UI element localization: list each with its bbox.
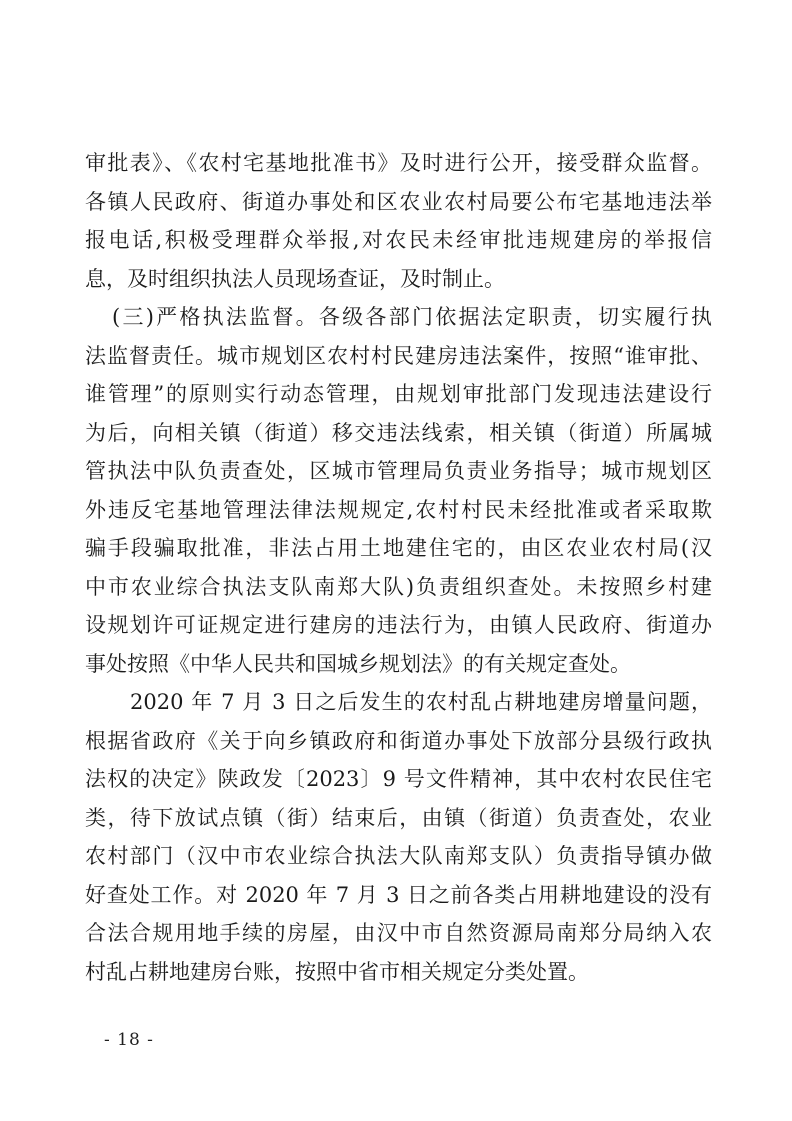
text-line: 息，及时组织执法人员现场查证，及时制止。 [85, 260, 712, 299]
text-line: 骗手段骗取批准，非法占用土地建住宅的，由区农业农村局(汉 [85, 529, 712, 568]
text-line: (三)严格执法监督。各级各部门依据法定职责，切实履行执 [85, 298, 712, 337]
text-line: 管执法中队负责查处，区城市管理局负责业务指导；城市规划区 [85, 452, 712, 491]
page-number: - 18 - [104, 1028, 154, 1052]
text-line: 中市农业综合执法支队南郑大队)负责组织查处。未按照乡村建 [85, 568, 712, 607]
text-line: 报电话,积极受理群众举报,对农民未经审批违规建房的举报信 [85, 221, 712, 260]
text-line: 审批表》、《农村宅基地批准书》及时进行公开，接受群众监督。 [85, 144, 712, 183]
text-line: 各镇人民政府、街道办事处和区农业农村局要公布宅基地违法举 [85, 183, 712, 222]
text-line: 法权的决定》陕政发〔2023〕9 号文件精神，其中农村农民住宅 [85, 760, 712, 799]
text-line: 合法合规用地手续的房屋，由汉中市自然资源局南郑分局纳入农 [85, 914, 712, 953]
text-line: 事处按照《中华人民共和国城乡规划法》的有关规定查处。 [85, 645, 712, 684]
text-line: 村乱占耕地建房台账，按照中省市相关规定分类处置。 [85, 953, 712, 992]
text-line: 谁管理”的原则实行动态管理，由规划审批部门发现违法建设行 [85, 375, 712, 414]
text-line: 农村部门（汉中市农业综合执法大队南郑支队）负责指导镇办做 [85, 837, 712, 876]
text-line: 类，待下放试点镇（街）结束后，由镇（街道）负责查处，农业 [85, 799, 712, 838]
document-body: 审批表》、《农村宅基地批准书》及时进行公开，接受群众监督。 各镇人民政府、街道办… [85, 144, 712, 991]
text-line: 外违反宅基地管理法律法规规定,农村村民未经批准或者采取欺 [85, 491, 712, 530]
document-page: 审批表》、《农村宅基地批准书》及时进行公开，接受群众监督。 各镇人民政府、街道办… [0, 0, 792, 1121]
text-line: 法监督责任。城市规划区农村村民建房违法案件，按照“谁审批、 [85, 337, 712, 376]
text-line: 设规划许可证规定进行建房的违法行为，由镇人民政府、街道办 [85, 606, 712, 645]
text-line: 根据省政府《关于向乡镇政府和街道办事处下放部分县级行政执 [85, 722, 712, 761]
text-line: 好查处工作。对 2020 年 7 月 3 日之前各类占用耕地建设的没有 [85, 876, 712, 915]
text-line: 为后，向相关镇（街道）移交违法线索，相关镇（街道）所属城 [85, 414, 712, 453]
text-line: 2020 年 7 月 3 日之后发生的农村乱占耕地建房增量问题， [85, 683, 712, 722]
